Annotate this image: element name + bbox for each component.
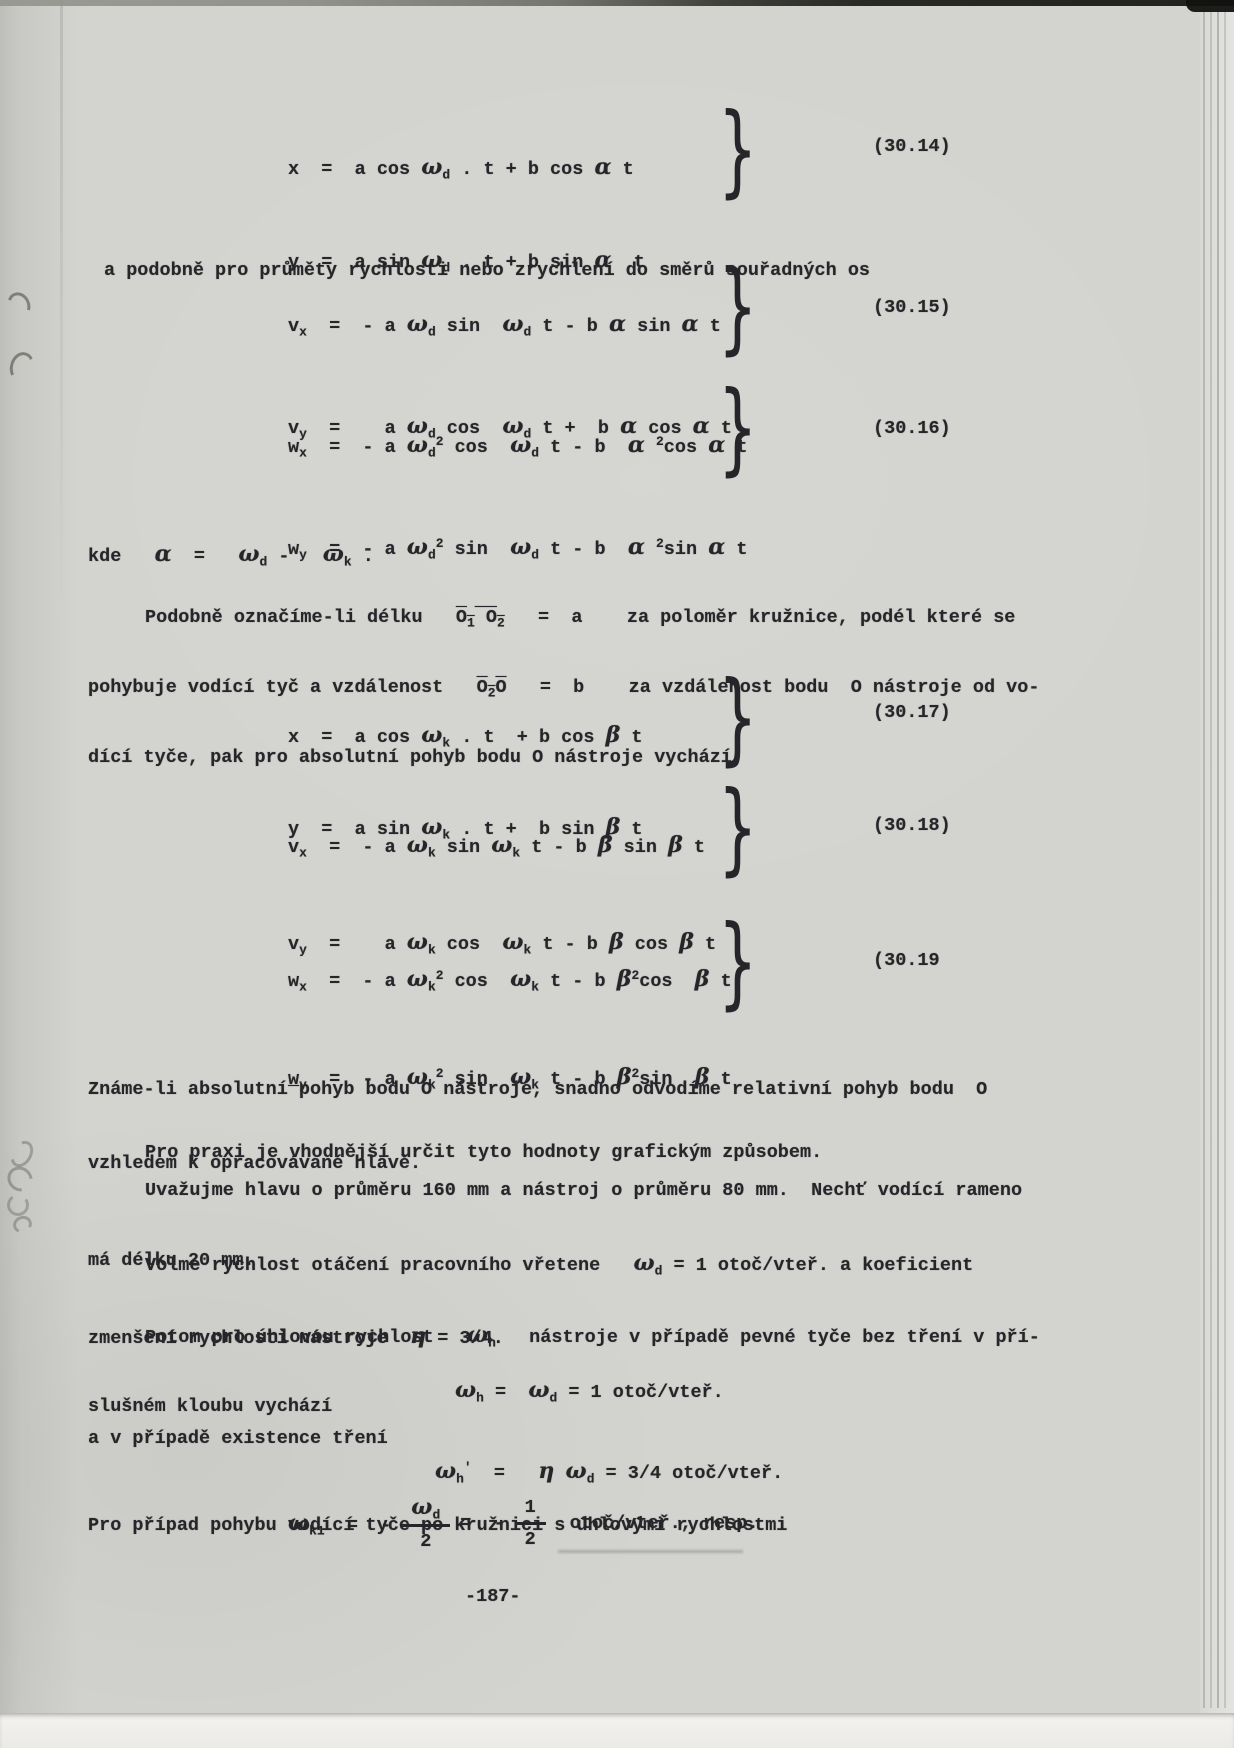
equation-number: (30.16) (873, 418, 951, 439)
equation-number: (30.14) (873, 136, 951, 157)
page-stack-edge (1210, 8, 1212, 1708)
binding-mark (2, 1161, 37, 1196)
equation-tail: otoč/vteř., resp. (570, 1513, 759, 1534)
equation-line: x = a cos ωk . t + b cos β t (288, 720, 1018, 753)
fraction: 1 2 (515, 1497, 546, 1550)
text-line: Podobně označíme-li délku O1 O2 = a za p… (88, 604, 1039, 632)
equation-number: (30.19 (873, 950, 940, 971)
right-brace: } (718, 378, 757, 478)
binding-mark (7, 349, 38, 384)
scan-corner-shadow (1186, 0, 1234, 12)
equation-number: (30.15) (873, 297, 951, 318)
equation-number: (30.18) (873, 815, 951, 836)
equation-omega-k1: ωk1 = - ωd 2 = - 1 2 otoč/vteř., resp. (288, 1492, 758, 1554)
fraction-denominator: 2 (515, 1522, 546, 1550)
fraction-numerator: ωd (401, 1494, 450, 1524)
equation-mid: = - (460, 1513, 504, 1534)
text-line: Uvažujme hlavu o průměru 160 mm a nástro… (88, 1177, 1022, 1205)
page-stack-edge (1217, 8, 1219, 1708)
right-brace: } (718, 668, 757, 768)
equation-number: (30.17) (873, 702, 951, 723)
binding-mark (4, 289, 35, 322)
ink-smudge (558, 1550, 743, 1553)
page-number: -187- (465, 1586, 521, 1607)
right-brace: } (718, 912, 757, 1012)
scanned-page: x = a cos ωd . t + b cos α t y = a sin ω… (0, 0, 1234, 1748)
fraction: ωd 2 (401, 1494, 450, 1552)
equation-line: ωh = ωd = 1 otoč/vteř. (455, 1375, 724, 1408)
paper-crease (60, 0, 63, 640)
page-stack-edge (1224, 8, 1226, 1708)
right-brace: } (718, 778, 757, 878)
right-brace: } (718, 100, 757, 200)
fraction-numerator: 1 (515, 1497, 546, 1522)
next-page-edge (0, 1713, 1234, 1748)
binding-mark (11, 1213, 35, 1235)
right-brace: } (718, 257, 757, 357)
text-line: a v případě existence tření (88, 1425, 388, 1453)
equation-lead: ωk1 = - (288, 1510, 391, 1536)
fraction-denominator: 2 (401, 1524, 450, 1552)
scan-top-edge (0, 0, 1234, 6)
binding-mark (5, 1192, 30, 1217)
page-stack-edge (1203, 8, 1205, 1708)
text-line: Volme rychlost otáčení pracovního vřeten… (88, 1249, 973, 1280)
paper-sheet: x = a cos ωd . t + b cos α t y = a sin ω… (0, 0, 1234, 1715)
equation-line: wy = - a ωd2 sin ωd t - b α 2sin α t (288, 532, 1018, 565)
